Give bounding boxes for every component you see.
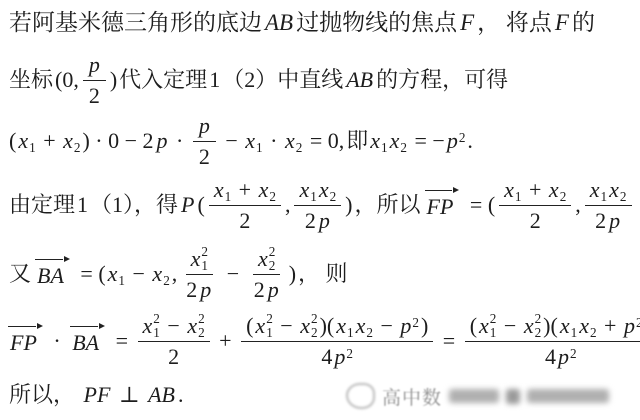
seg-ss: x22 (524, 312, 541, 340)
seg-frac: x1x22p (294, 176, 341, 234)
seg-up: 2 (595, 207, 606, 235)
seg-vec: BA (35, 258, 69, 291)
seg-it: p (200, 276, 211, 304)
seg-cn: 的方程，可得 (376, 66, 508, 95)
seg-it: p (609, 207, 620, 235)
seg-cn: 的 (572, 8, 595, 38)
seg-up: = ( (464, 191, 495, 220)
seg-up: ) (289, 260, 296, 289)
seg-up: 1 (209, 66, 220, 95)
seg-up: · (171, 127, 189, 156)
seg-frac: x1x22p (585, 176, 632, 234)
seg-frac: x21 − x222 (138, 312, 210, 370)
seg-cn: 又 (9, 260, 31, 289)
seg-cn: （1），得 (90, 191, 178, 220)
seg-up: . (467, 127, 473, 156)
seg-up: + (233, 176, 256, 204)
seg-it: PF (84, 381, 111, 410)
seg-up: − (127, 260, 150, 289)
seg-up: ) (421, 312, 428, 340)
seg-up: 2 (239, 207, 250, 235)
seg-sup: p2 (624, 312, 640, 340)
seg-sub: x1 (108, 260, 125, 289)
seg-sub: x1 (560, 312, 577, 340)
seg-frac: p2 (83, 51, 106, 109)
seg-up: = 0, (304, 127, 344, 156)
seg-it: p (319, 207, 330, 235)
watermark-blurred-segment (527, 389, 609, 403)
seg-up: 2 (168, 343, 179, 371)
seg-up: − (636, 191, 640, 220)
formula-line-point-p-and-fp-vector: 由定理1（1），得P(x1 + x22,x1x22p)，所以FP = (x1 +… (8, 170, 640, 240)
seg-it: p (199, 112, 210, 140)
seg-up: − (498, 312, 521, 340)
conclusion-line: 所以， PF ⊥ AB. (8, 377, 185, 413)
seg-up: ) · 0 − 2 (82, 127, 153, 156)
seg-frac: x1 + x22 (499, 176, 571, 234)
text-line-1: 若阿基米德三角形的底边AB过抛物线的焦点F， 将点F的 (8, 5, 596, 41)
seg-up: = ( (75, 260, 106, 289)
seg-sub: x2 (319, 176, 336, 204)
seg-it: p (89, 51, 100, 79)
seg-cn: 代入定理 (119, 66, 207, 95)
seg-sup: p2 (400, 312, 419, 340)
seg-up: − (375, 312, 398, 340)
seg-sub: x2 (356, 312, 373, 340)
seg-ss: x21 (255, 312, 272, 340)
seg-cn: ， 则 (298, 260, 348, 289)
seg-up: (0, (55, 66, 79, 95)
formula-line-ba-vector: 又BA = (x1 − x2,x212p − x222p)， 则 (8, 238, 349, 310)
seg-up: , (172, 260, 178, 289)
seg-sub: x2 (549, 176, 566, 204)
seg-cn: 即 (346, 127, 368, 156)
seg-up: 1 (77, 191, 88, 220)
seg-it: AB (265, 8, 293, 38)
seg-sup: p2 (558, 343, 577, 371)
seg-cn: 坐标 (9, 66, 53, 95)
seg-up: ( (9, 127, 16, 156)
seg-sub: x2 (63, 127, 80, 156)
seg-up: − (162, 312, 185, 340)
seg-sub: x1 (590, 176, 607, 204)
seg-it: F (555, 8, 569, 38)
seg-up: ( (470, 312, 477, 340)
seg-up: 2 (530, 207, 541, 235)
seg-sub: x1 (504, 176, 521, 204)
seg-up: 2 (305, 207, 316, 235)
seg-up: )( (543, 312, 558, 340)
seg-up: , (575, 191, 581, 220)
seg-up: , (285, 191, 291, 220)
seg-cn: （2）中直线 (222, 66, 343, 95)
seg-up: ( (246, 312, 253, 340)
text-line-2: 坐标(0,p2)代入定理1（2）中直线AB的方程，可得 (8, 48, 509, 112)
seg-up: ) (345, 191, 352, 220)
seg-it: p (157, 127, 168, 156)
seg-ss: x21 (143, 312, 160, 340)
seg-ss: x22 (187, 312, 204, 340)
seg-sub: x1 (245, 127, 262, 156)
watermark-mascot-logo-icon (346, 383, 375, 409)
seg-cn: ， 将点 (477, 8, 552, 38)
seg-up: · (265, 127, 283, 156)
formula-line-dot-product: FP · BA = x21 − x222 + (x21 − x22)(x1x2 … (5, 304, 640, 378)
watermark-text: 高中数 (382, 383, 442, 410)
seg-sub: x2 (259, 176, 276, 204)
seg-up: + (214, 327, 237, 356)
seg-up: ⊥ (113, 381, 145, 410)
seg-cn: ，所以 (355, 191, 421, 220)
seg-up: 2 (199, 143, 210, 171)
seg-up: 4 (321, 343, 332, 371)
seg-frac: (x21 − x22)(x1x2 − p2)4p2 (241, 312, 433, 370)
seg-up: 4 (545, 343, 556, 371)
seg-up: · (48, 327, 66, 356)
seg-sub: x2 (579, 312, 596, 340)
seg-vec: BA (70, 325, 104, 358)
watermark: 高中数 (346, 377, 636, 415)
seg-up: − (220, 127, 243, 156)
seg-sub: x2 (285, 127, 302, 156)
seg-cn: 由定理 (9, 191, 75, 220)
seg-up: + (38, 127, 61, 156)
seg-vec: FP (8, 325, 42, 358)
seg-vec: FP (425, 189, 459, 222)
seg-frac: x222p (249, 245, 285, 303)
watermark-blurred-segment (449, 389, 499, 403)
seg-up: − (275, 312, 298, 340)
seg-up: + (524, 176, 547, 204)
seg-sup: p2 (334, 343, 353, 371)
seg-frac: (x21 − x22)(x1x2 + p2)4p2 (465, 312, 640, 370)
seg-sub: x1 (370, 127, 387, 156)
seg-frac: p2 (193, 112, 216, 170)
seg-it: F (460, 8, 474, 38)
watermark-blurred-segment (506, 389, 520, 404)
seg-it: P (181, 191, 194, 220)
seg-it: AB (148, 381, 175, 410)
seg-ss: x21 (191, 245, 208, 273)
seg-ss: x22 (300, 312, 317, 340)
seg-sub: x1 (214, 176, 231, 204)
seg-up: = − (409, 127, 445, 156)
seg-it: AB (346, 66, 373, 95)
seg-up: ) (110, 66, 117, 95)
seg-up: ( (197, 191, 204, 220)
seg-cn: 所以， (9, 381, 81, 410)
seg-up: − (221, 260, 244, 289)
seg-up: 2 (186, 276, 197, 304)
formula-line-substitution: (x1 + x2) · 0 − 2p · p2 − x1 · x2 = 0,即x… (8, 112, 474, 170)
seg-sub: x1 (299, 176, 316, 204)
seg-sup: p2 (447, 127, 466, 156)
seg-up: 2 (89, 82, 100, 110)
seg-sub: x1 (18, 127, 35, 156)
seg-up: = (110, 327, 133, 356)
seg-sub: x2 (609, 176, 626, 204)
seg-sub: x2 (390, 127, 407, 156)
seg-up: . (178, 381, 184, 410)
seg-up: = (437, 327, 460, 356)
seg-ss: x21 (479, 312, 496, 340)
seg-frac: x1 + x22 (209, 176, 281, 234)
seg-frac: x212p (181, 245, 217, 303)
seg-ss: x22 (258, 245, 275, 273)
seg-sub: x1 (336, 312, 353, 340)
seg-up: + (599, 312, 622, 340)
seg-cn: 若阿基米德三角形的底边 (9, 8, 262, 38)
seg-cn: 过抛物线的焦点 (296, 8, 457, 38)
seg-up: 2 (254, 276, 265, 304)
seg-it: p (268, 276, 279, 304)
seg-up: )( (320, 312, 335, 340)
seg-sub: x2 (152, 260, 169, 289)
